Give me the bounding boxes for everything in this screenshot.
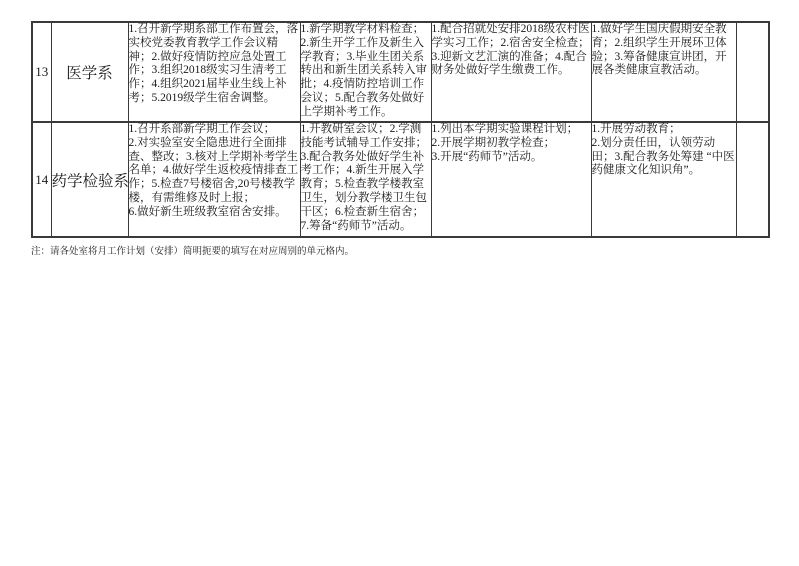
- work-cell: 1.开教研室会议；2.学测技能考试辅导工作安排；3.配合教务处做好学生补考工作；…: [300, 122, 431, 237]
- work-cell: 1.新学期教学材料检查；2.新生开学工作及新生入学教育；3.毕业生团关系转出和新…: [300, 22, 431, 122]
- empty-cell: [736, 22, 769, 122]
- work-cell: 1.召开系部新学期工作会议； 2.对实验室安全隐患进行全面排查、整改；3.核对上…: [128, 122, 300, 237]
- work-cell: 1.列出本学期实验课程计划； 2.开展学期初教学检查； 3.开展“药师节”活动。: [431, 122, 591, 237]
- document-page: 13 医学系 1.召开新学期系部工作布置会，落实校党委教育教学工作会议精神；2.…: [0, 0, 799, 566]
- work-cell: 1.做好学生国庆假期安全教育；2.组织学生开展环卫体验；3.筹备健康宣讲团，开展…: [591, 22, 736, 122]
- table-row-13: 13 医学系 1.召开新学期系部工作布置会，落实校党委教育教学工作会议精神；2.…: [32, 22, 769, 122]
- work-cell: 1.开展劳动教育； 2.划分责任田，认领劳动田；3.配合教务处筹建 “中医药健康…: [591, 122, 736, 237]
- department-name: 医学系: [51, 22, 128, 122]
- work-cell: 1.召开新学期系部工作布置会，落实校党委教育教学工作会议精神；2.做好疫情防控应…: [128, 22, 300, 122]
- work-plan-table: 13 医学系 1.召开新学期系部工作布置会，落实校党委教育教学工作会议精神；2.…: [31, 21, 770, 238]
- department-name: 药学检验系: [51, 122, 128, 237]
- table-row-14: 14 药学检验系 1.召开系部新学期工作会议； 2.对实验室安全隐患进行全面排查…: [32, 122, 769, 237]
- footnote: 注：请各处室将月工作计划（安排）简明扼要的填写在对应周别的单元格内。: [31, 246, 354, 258]
- row-number: 14: [32, 122, 51, 237]
- row-number: 13: [32, 22, 51, 122]
- work-cell: 1.配合招就处安排2018级农村医学实习工作；2.宿舍安全检查；3.迎新文艺汇演…: [431, 22, 591, 122]
- empty-cell: [736, 122, 769, 237]
